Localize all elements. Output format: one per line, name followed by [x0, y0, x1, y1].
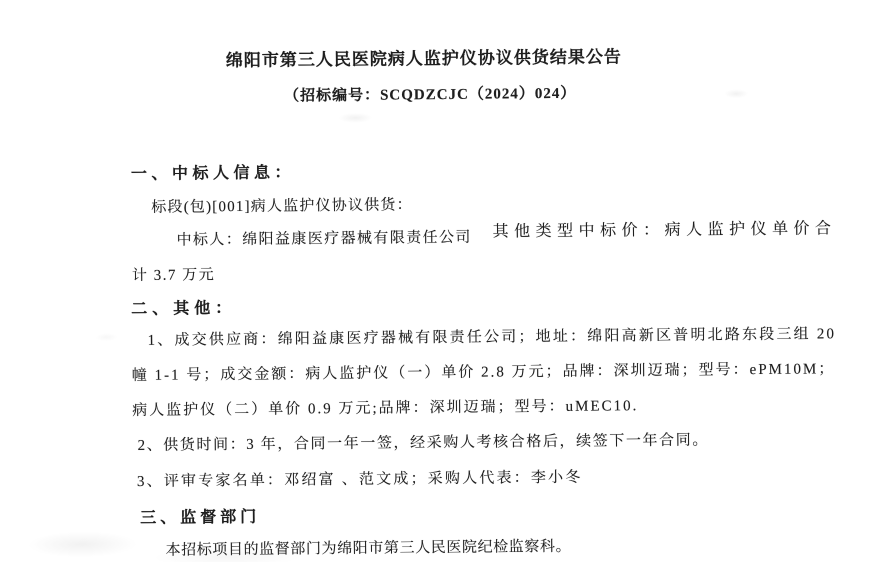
- monitor2-price-line: 病人监护仪（二）单价 0.9 万元;品牌：深圳迈瑞；型号：uMEC10.: [132, 394, 638, 420]
- scan-smudge: [27, 531, 137, 558]
- scan-smudge: [338, 113, 372, 123]
- section1-heading: 一、中标人信息：: [131, 159, 295, 184]
- section2-heading: 二、其他：: [131, 295, 236, 319]
- other-type-price-line: 其他类型中标价：病人监护仪单价合: [492, 215, 836, 241]
- section3-heading: 三、监督部门: [140, 504, 260, 528]
- supplier-address-line: 1、成交供应商：绵阳益康医疗器械有限责任公司；地址：绵阳高新区普明北路东段三组 …: [147, 322, 836, 350]
- scanned-document-page: 绵阳市第三人民医院病人监护仪协议供货结果公告 （招标编号：SCQDZCJC（20…: [0, 0, 895, 562]
- bid-number-line: （招标编号：SCQDZCJC（2024）024）: [0, 79, 862, 108]
- supply-period-line: 2、供货时间：3 年，合同一年一签，经采购人考核合格后，续签下一年合同。: [137, 428, 709, 454]
- winner-line: 中标人：绵阳益康医疗器械有限责任公司: [176, 226, 471, 250]
- supervision-department-line: 本招标项目的监督部门为绵阳市第三人民医院纪检监察科。: [165, 535, 571, 560]
- price-continuation-line: 计 3.7 万元: [132, 263, 215, 285]
- scan-smudge: [95, 333, 117, 341]
- expert-list-line: 3、评审专家名单：邓绍富 、范文成；采购人代表：李小冬: [137, 466, 583, 491]
- lot-package-line: 标段(包)[001]病人监护仪协议供货：: [151, 193, 413, 217]
- document-title: 绵阳市第三人民医院病人监护仪协议供货结果公告: [0, 40, 850, 73]
- deal-amount-line: 幢 1-1 号；成交金额：病人监护仪（一）单价 2.8 万元；品牌：深圳迈瑞；型…: [132, 357, 836, 385]
